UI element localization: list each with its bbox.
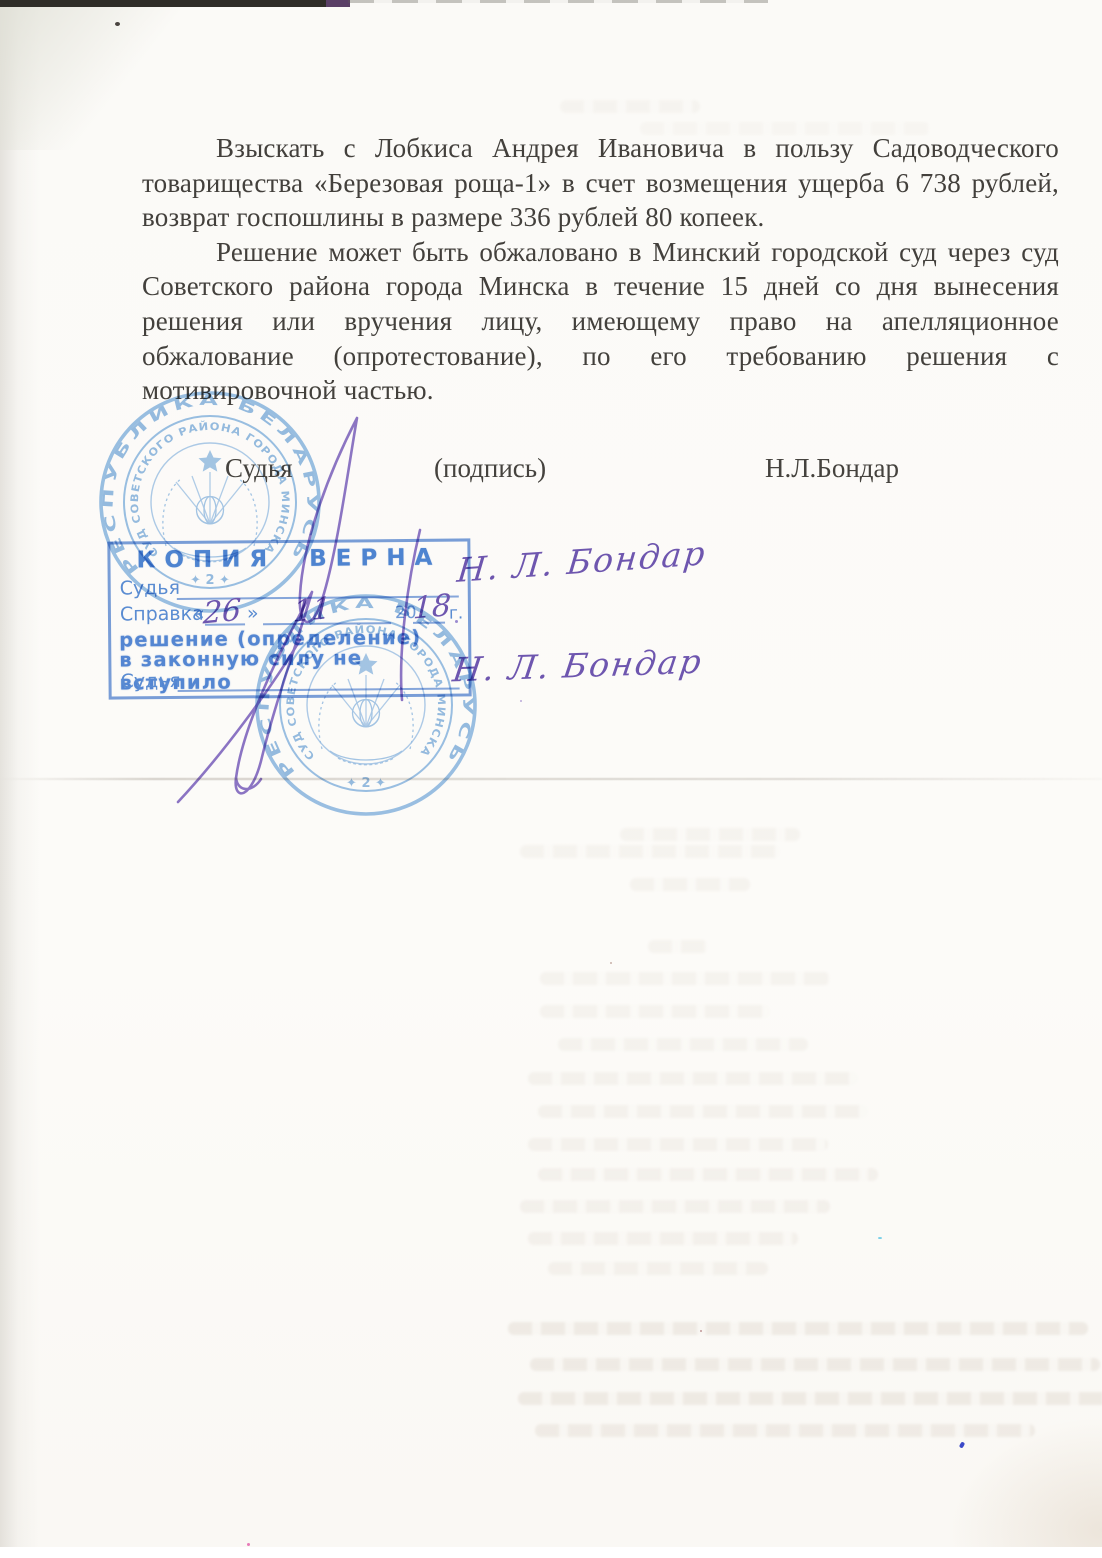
scanned-document-page: Взыскать с Лобкиса Андрея Ивановича в по…: [0, 0, 1102, 1558]
pen-flourish-signature: [0, 0, 1102, 1558]
